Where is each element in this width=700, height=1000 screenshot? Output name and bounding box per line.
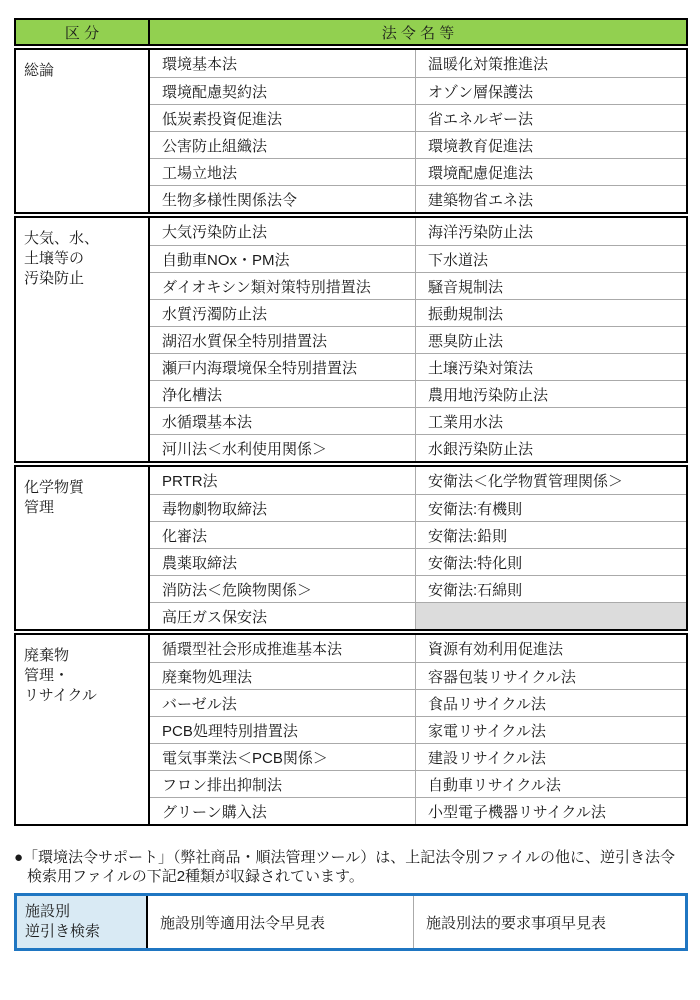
law-name: ダイオキシン類対策特別措置法 — [150, 273, 416, 299]
law-name: 安衛法:石綿則 — [416, 576, 686, 602]
law-name: 資源有効利用促進法 — [416, 635, 686, 662]
law-row: 大気汚染防止法海洋汚染防止法 — [150, 218, 686, 245]
law-row: 低炭素投資促進法省エネルギー法 — [150, 104, 686, 131]
law-rows: 大気汚染防止法海洋汚染防止法自動車NOx・PM法下水道法ダイオキシン類対策特別措… — [150, 218, 686, 461]
law-name: 河川法＜水利使用関係＞ — [150, 435, 416, 461]
law-name: 水銀汚染防止法 — [416, 435, 686, 461]
law-row: 消防法＜危険物関係＞安衛法:石綿則 — [150, 575, 686, 602]
law-row: 循環型社会形成推進基本法資源有効利用促進法 — [150, 635, 686, 662]
law-section: 廃棄物 管理・ リサイクル循環型社会形成推進基本法資源有効利用促進法廃棄物処理法… — [14, 633, 688, 826]
law-section: 化学物質 管理PRTR法安衛法＜化学物質管理関係＞毒物劇物取締法安衛法:有機則化… — [14, 465, 688, 631]
reverse-lookup-file-1: 施設別等適用法令早見表 — [148, 896, 414, 948]
law-name: 騒音規制法 — [416, 273, 686, 299]
law-name: 毒物劇物取締法 — [150, 495, 416, 521]
category-cell: 総論 — [16, 50, 150, 212]
law-name: 悪臭防止法 — [416, 327, 686, 353]
law-name: 水質汚濁防止法 — [150, 300, 416, 326]
reverse-lookup-table: 施設別 逆引き検索 施設別等適用法令早見表 施設別法的要求事項早見表 — [14, 893, 688, 951]
law-name: 環境配慮促進法 — [416, 159, 686, 185]
law-name: 安衛法:有機則 — [416, 495, 686, 521]
law-name: 工業用水法 — [416, 408, 686, 434]
law-name: 工場立地法 — [150, 159, 416, 185]
law-row: 湖沼水質保全特別措置法悪臭防止法 — [150, 326, 686, 353]
empty-cell — [416, 603, 686, 629]
law-name: オゾン層保護法 — [416, 78, 686, 104]
law-category-table: 区 分 法 令 名 等 総論環境基本法温暖化対策推進法環境配慮契約法オゾン層保護… — [14, 18, 688, 826]
law-name: 湖沼水質保全特別措置法 — [150, 327, 416, 353]
law-name: バーゼル法 — [150, 690, 416, 716]
law-name: 家電リサイクル法 — [416, 717, 686, 743]
law-name: フロン排出抑制法 — [150, 771, 416, 797]
law-row: 環境基本法温暖化対策推進法 — [150, 50, 686, 77]
law-row: 水循環基本法工業用水法 — [150, 407, 686, 434]
law-name: 省エネルギー法 — [416, 105, 686, 131]
note-text: ●「環境法令サポート」（弊社商品・順法管理ツール）は、上記法令別ファイルの他に、… — [14, 848, 686, 886]
law-name: 下水道法 — [416, 246, 686, 272]
law-rows: 環境基本法温暖化対策推進法環境配慮契約法オゾン層保護法低炭素投資促進法省エネルギ… — [150, 50, 686, 212]
law-name: 安衛法:特化則 — [416, 549, 686, 575]
law-row: PCB処理特別措置法家電リサイクル法 — [150, 716, 686, 743]
table-header-row: 区 分 法 令 名 等 — [14, 18, 688, 46]
law-name: 化審法 — [150, 522, 416, 548]
law-section: 総論環境基本法温暖化対策推進法環境配慮契約法オゾン層保護法低炭素投資促進法省エネ… — [14, 48, 688, 214]
law-row: 公害防止組織法環境教育促進法 — [150, 131, 686, 158]
law-name: 自動車リサイクル法 — [416, 771, 686, 797]
law-name: 建設リサイクル法 — [416, 744, 686, 770]
law-row: 浄化槽法農用地汚染防止法 — [150, 380, 686, 407]
law-name: 温暖化対策推進法 — [416, 50, 686, 77]
law-row: 電気事業法＜PCB関係＞建設リサイクル法 — [150, 743, 686, 770]
law-name: 瀬戸内海環境保全特別措置法 — [150, 354, 416, 380]
law-row: 自動車NOx・PM法下水道法 — [150, 245, 686, 272]
law-row: 工場立地法環境配慮促進法 — [150, 158, 686, 185]
document-page: 区 分 法 令 名 等 総論環境基本法温暖化対策推進法環境配慮契約法オゾン層保護… — [0, 0, 700, 1000]
law-row: 瀬戸内海環境保全特別措置法土壌汚染対策法 — [150, 353, 686, 380]
law-name: 消防法＜危険物関係＞ — [150, 576, 416, 602]
law-row: 農薬取締法安衛法:特化則 — [150, 548, 686, 575]
law-row: 廃棄物処理法容器包装リサイクル法 — [150, 662, 686, 689]
law-name: 環境配慮契約法 — [150, 78, 416, 104]
category-cell: 大気、水、 土壌等の 汚染防止 — [16, 218, 150, 461]
law-name: グリーン購入法 — [150, 798, 416, 824]
law-row: 毒物劇物取締法安衛法:有機則 — [150, 494, 686, 521]
category-cell: 廃棄物 管理・ リサイクル — [16, 635, 150, 824]
law-name: 電気事業法＜PCB関係＞ — [150, 744, 416, 770]
law-name: 高圧ガス保安法 — [150, 603, 416, 629]
law-name: 自動車NOx・PM法 — [150, 246, 416, 272]
law-name: 海洋汚染防止法 — [416, 218, 686, 245]
law-name: 農用地汚染防止法 — [416, 381, 686, 407]
law-name: 生物多様性関係法令 — [150, 186, 416, 212]
law-row: 生物多様性関係法令建築物省エネ法 — [150, 185, 686, 212]
law-row: 環境配慮契約法オゾン層保護法 — [150, 77, 686, 104]
law-row: フロン排出抑制法自動車リサイクル法 — [150, 770, 686, 797]
law-row: 水質汚濁防止法振動規制法 — [150, 299, 686, 326]
law-name: 安衛法＜化学物質管理関係＞ — [416, 467, 686, 494]
law-row: 高圧ガス保安法 — [150, 602, 686, 629]
law-name: 環境基本法 — [150, 50, 416, 77]
header-category: 区 分 — [16, 20, 150, 44]
law-name: 土壌汚染対策法 — [416, 354, 686, 380]
reverse-lookup-category: 施設別 逆引き検索 — [17, 896, 148, 948]
law-row: グリーン購入法小型電子機器リサイクル法 — [150, 797, 686, 824]
law-name: 小型電子機器リサイクル法 — [416, 798, 686, 824]
law-name: PCB処理特別措置法 — [150, 717, 416, 743]
law-name: 安衛法:鉛則 — [416, 522, 686, 548]
law-name: 食品リサイクル法 — [416, 690, 686, 716]
law-name: 環境教育促進法 — [416, 132, 686, 158]
law-name: 容器包装リサイクル法 — [416, 663, 686, 689]
law-name: 建築物省エネ法 — [416, 186, 686, 212]
law-row: バーゼル法食品リサイクル法 — [150, 689, 686, 716]
law-section: 大気、水、 土壌等の 汚染防止大気汚染防止法海洋汚染防止法自動車NOx・PM法下… — [14, 216, 688, 463]
category-cell: 化学物質 管理 — [16, 467, 150, 629]
law-sections: 総論環境基本法温暖化対策推進法環境配慮契約法オゾン層保護法低炭素投資促進法省エネ… — [14, 48, 688, 826]
law-name: 循環型社会形成推進基本法 — [150, 635, 416, 662]
law-name: 農薬取締法 — [150, 549, 416, 575]
header-law-names: 法 令 名 等 — [150, 20, 686, 44]
law-name: 水循環基本法 — [150, 408, 416, 434]
law-row: PRTR法安衛法＜化学物質管理関係＞ — [150, 467, 686, 494]
law-name: 低炭素投資促進法 — [150, 105, 416, 131]
law-row: 河川法＜水利使用関係＞水銀汚染防止法 — [150, 434, 686, 461]
note-line-1: ●「環境法令サポート」（弊社商品・順法管理ツール）は、上記法令別ファイルの他に、… — [14, 848, 686, 867]
note-line-2: 検索用ファイルの下記2種類が収録されています。 — [27, 867, 686, 886]
law-rows: PRTR法安衛法＜化学物質管理関係＞毒物劇物取締法安衛法:有機則化審法安衛法:鉛… — [150, 467, 686, 629]
law-name: 振動規制法 — [416, 300, 686, 326]
reverse-lookup-file-2: 施設別法的要求事項早見表 — [414, 896, 685, 948]
law-name: 大気汚染防止法 — [150, 218, 416, 245]
law-row: ダイオキシン類対策特別措置法騒音規制法 — [150, 272, 686, 299]
law-rows: 循環型社会形成推進基本法資源有効利用促進法廃棄物処理法容器包装リサイクル法バーゼ… — [150, 635, 686, 824]
law-name: 廃棄物処理法 — [150, 663, 416, 689]
law-name: 公害防止組織法 — [150, 132, 416, 158]
law-name: 浄化槽法 — [150, 381, 416, 407]
law-name: PRTR法 — [150, 467, 416, 494]
law-row: 化審法安衛法:鉛則 — [150, 521, 686, 548]
